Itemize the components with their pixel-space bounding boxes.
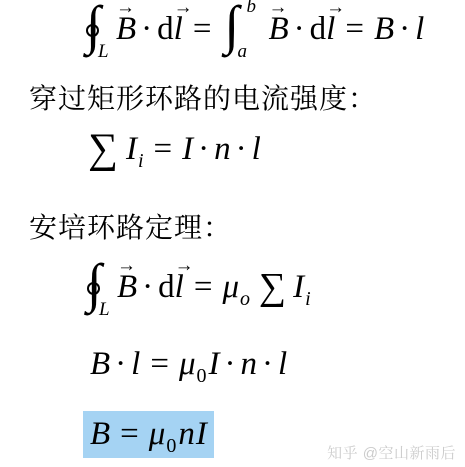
dot-operator: · [225,346,236,383]
closed-loop-integral: ∫ L [87,259,114,315]
loop-subscript-L: L [98,41,109,63]
mu-subscript-0: 0 [166,435,176,458]
loop-circle-icon [87,282,100,295]
closed-loop-integral: ∫ L [86,1,113,57]
vector-l: →l [326,11,335,48]
mu-subscript-0: 0 [197,365,207,388]
lower-limit-a: a [237,41,247,63]
term-l: l [131,346,140,383]
definite-integral: ∫ b a [224,1,264,57]
mu-symbol: μ [179,346,196,383]
term-I: I [126,131,137,168]
mu-symbol: μ [222,269,239,306]
differential-d: d [157,11,174,48]
equation-line-integral: ∫ L →B · d →l = ∫ b a →B · d →l = B · l [86,0,424,58]
summation-icon: ∑ [259,268,286,306]
zhihu-watermark: 知乎 @空山新雨后 [327,442,456,463]
vector-l: →l [175,269,184,306]
dot-operator: · [399,11,410,48]
dot-operator: · [198,131,209,168]
term-l: l [415,11,424,48]
vector-arrow-icon: → [326,0,345,19]
notes-page: ∫ L →B · d →l = ∫ b a →B · d →l = B · l … [0,0,465,467]
term-B: B [374,11,394,48]
heading-current-through-loop: 穿过矩形环路的电流强度： [29,77,377,117]
equals-sign: = [150,346,169,383]
vector-arrow-icon: → [116,0,135,19]
vector-l: →l [174,11,183,48]
equals-sign: = [193,11,212,48]
term-n: n [214,131,231,168]
term-l: l [252,131,261,168]
vector-arrow-icon: → [174,0,193,19]
dot-operator: · [142,269,153,306]
dot-operator: · [294,11,305,48]
dot-operator: · [141,11,152,48]
equation-Bl: B · l = μ 0 I · n · l [90,341,287,387]
loop-subscript-L: L [99,299,110,321]
summation-icon: ∑ [88,128,118,170]
mu-symbol: μ [149,416,166,453]
equation-ampere-law: ∫ L →B · d →l = μ o ∑ I i [87,256,311,318]
equals-sign: = [120,416,139,453]
vector-arrow-icon: → [117,255,136,277]
subscript-i: i [138,150,144,173]
dot-operator: · [115,346,126,383]
upper-limit-b: b [246,0,256,18]
term-I: I [182,131,193,168]
term-n: n [178,416,195,453]
equals-sign: = [345,11,364,48]
equals-sign: = [194,269,213,306]
term-B: B [90,416,110,453]
mu-subscript-o: o [240,288,250,311]
dot-operator: · [236,131,247,168]
equals-sign: = [154,131,173,168]
dot-operator: · [262,346,273,383]
term-n: n [241,346,258,383]
vector-arrow-icon: → [175,255,194,277]
vector-B: →B [117,269,137,306]
equation-result: B = μ 0 n I [83,411,214,458]
vector-B: →B [116,11,136,48]
term-I: I [293,269,304,306]
heading-ampere-theorem: 安培环路定理： [29,206,232,246]
subscript-i: i [305,288,311,311]
differential-d: d [158,269,175,306]
differential-d: d [310,11,327,48]
term-I: I [196,416,207,453]
equation-sum-current: ∑ I i = I · n · l [88,123,261,175]
vector-arrow-icon: → [268,0,287,19]
vector-B: →B [268,11,288,48]
term-l: l [278,346,287,383]
term-B: B [90,346,110,383]
highlighted-result: B = μ 0 n I [83,411,214,458]
loop-circle-icon [86,24,99,37]
term-I: I [209,346,220,383]
